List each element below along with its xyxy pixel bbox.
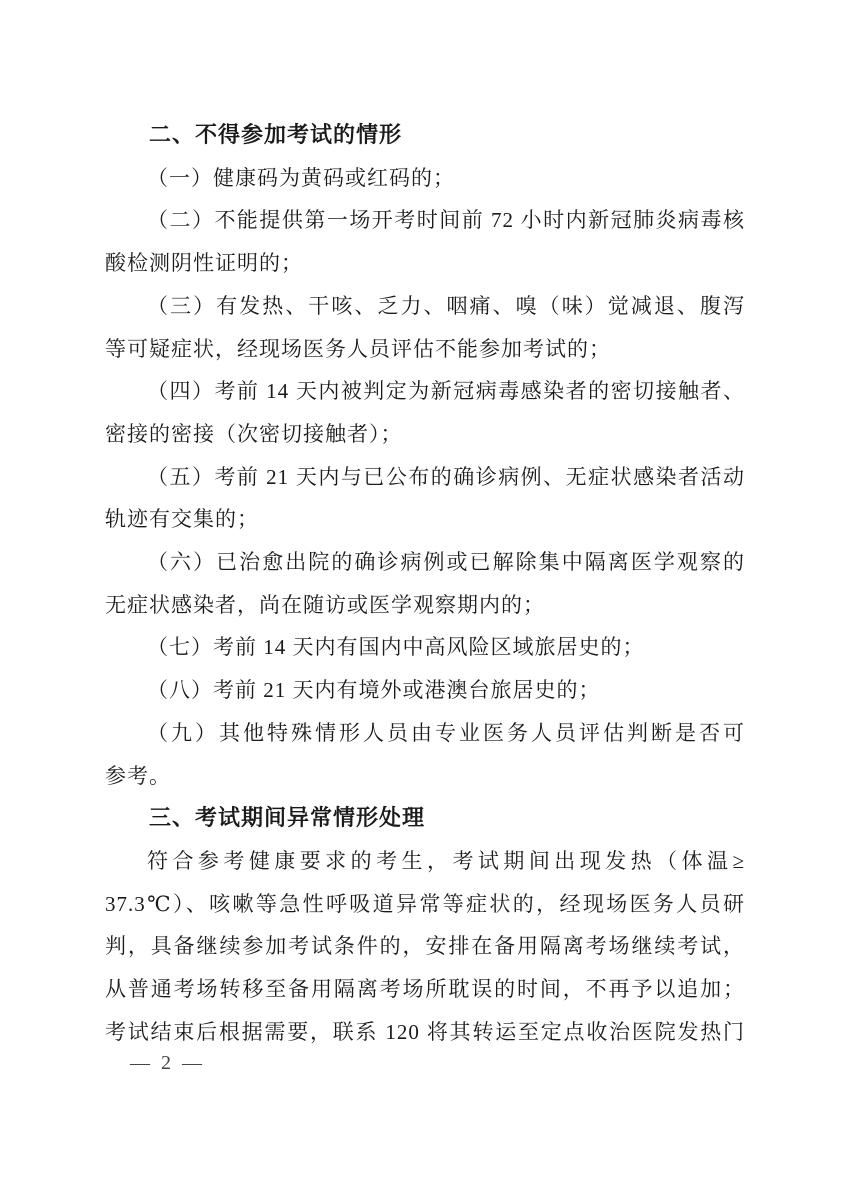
clause-paragraph-3: （三）有发热、干咳、乏力、咽痛、嗅（味）觉减退、腹泻 等可疑症状，经现场医务人员… [105, 285, 745, 370]
text-line: （三）有发热、干咳、乏力、咽痛、嗅（味）觉减退、腹泻 [105, 285, 745, 328]
clause-paragraph-8: （八）考前 21 天内有境外或港澳台旅居史的； [105, 669, 745, 712]
clause-paragraph-2: （二）不能提供第一场开考时间前 72 小时内新冠肺炎病毒核 酸检测阴性证明的； [105, 199, 745, 284]
text-line: 参考。 [105, 755, 745, 798]
text-line: 轨迹有交集的； [105, 498, 745, 541]
text-line: 酸检测阴性证明的； [105, 242, 745, 285]
text-line: （二）不能提供第一场开考时间前 72 小时内新冠肺炎病毒核 [105, 199, 745, 242]
clause-paragraph-4: （四）考前 14 天内被判定为新冠病毒感染者的密切接触者、 密接的密接（次密切接… [105, 370, 745, 455]
section-heading-3: 三、考试期间异常情形处理 [105, 797, 745, 840]
section-heading-2: 二、不得参加考试的情形 [105, 114, 745, 157]
heading-text: 三、考试期间异常情形处理 [105, 797, 745, 840]
text-line: （九）其他特殊情形人员由专业医务人员评估判断是否可 [105, 712, 745, 755]
clause-paragraph-9: （九）其他特殊情形人员由专业医务人员评估判断是否可 参考。 [105, 712, 745, 797]
text-line: （五）考前 21 天内与已公布的确诊病例、无症状感染者活动 [105, 456, 745, 499]
clause-paragraph-5: （五）考前 21 天内与已公布的确诊病例、无症状感染者活动 轨迹有交集的； [105, 456, 745, 541]
clause-paragraph-7: （七）考前 14 天内有国内中高风险区域旅居史的； [105, 626, 745, 669]
text-line: （八）考前 21 天内有境外或港澳台旅居史的； [105, 669, 745, 712]
text-line: 判，具备继续参加考试条件的，安排在备用隔离考场继续考试， [105, 925, 745, 968]
page-number: — 2 — [130, 1048, 205, 1078]
text-line: 无症状感染者，尚在随访或医学观察期内的； [105, 584, 745, 627]
clause-paragraph-6: （六）已治愈出院的确诊病例或已解除集中隔离医学观察的 无症状感染者，尚在随访或医… [105, 541, 745, 626]
text-line: 37.3℃）、咳嗽等急性呼吸道异常等症状的，经现场医务人员研 [105, 883, 745, 926]
heading-text: 二、不得参加考试的情形 [105, 114, 745, 157]
text-line: 符合参考健康要求的考生，考试期间出现发热（体温≥ [105, 840, 745, 883]
text-line: 等可疑症状，经现场医务人员评估不能参加考试的； [105, 328, 745, 371]
body-paragraph: 符合参考健康要求的考生，考试期间出现发热（体温≥ 37.3℃）、咳嗽等急性呼吸道… [105, 840, 745, 1054]
text-line: （四）考前 14 天内被判定为新冠病毒感染者的密切接触者、 [105, 370, 745, 413]
clause-paragraph-1: （一）健康码为黄码或红码的； [105, 157, 745, 200]
document-page: 二、不得参加考试的情形 （一）健康码为黄码或红码的； （二）不能提供第一场开考时… [0, 0, 850, 1201]
document-body: 二、不得参加考试的情形 （一）健康码为黄码或红码的； （二）不能提供第一场开考时… [105, 114, 745, 1053]
text-line: （六）已治愈出院的确诊病例或已解除集中隔离医学观察的 [105, 541, 745, 584]
text-line: 密接的密接（次密切接触者）； [105, 413, 745, 456]
text-line: （七）考前 14 天内有国内中高风险区域旅居史的； [105, 626, 745, 669]
text-line: 从普通考场转移至备用隔离考场所耽误的时间，不再予以追加； [105, 968, 745, 1011]
text-line: （一）健康码为黄码或红码的； [105, 157, 745, 200]
